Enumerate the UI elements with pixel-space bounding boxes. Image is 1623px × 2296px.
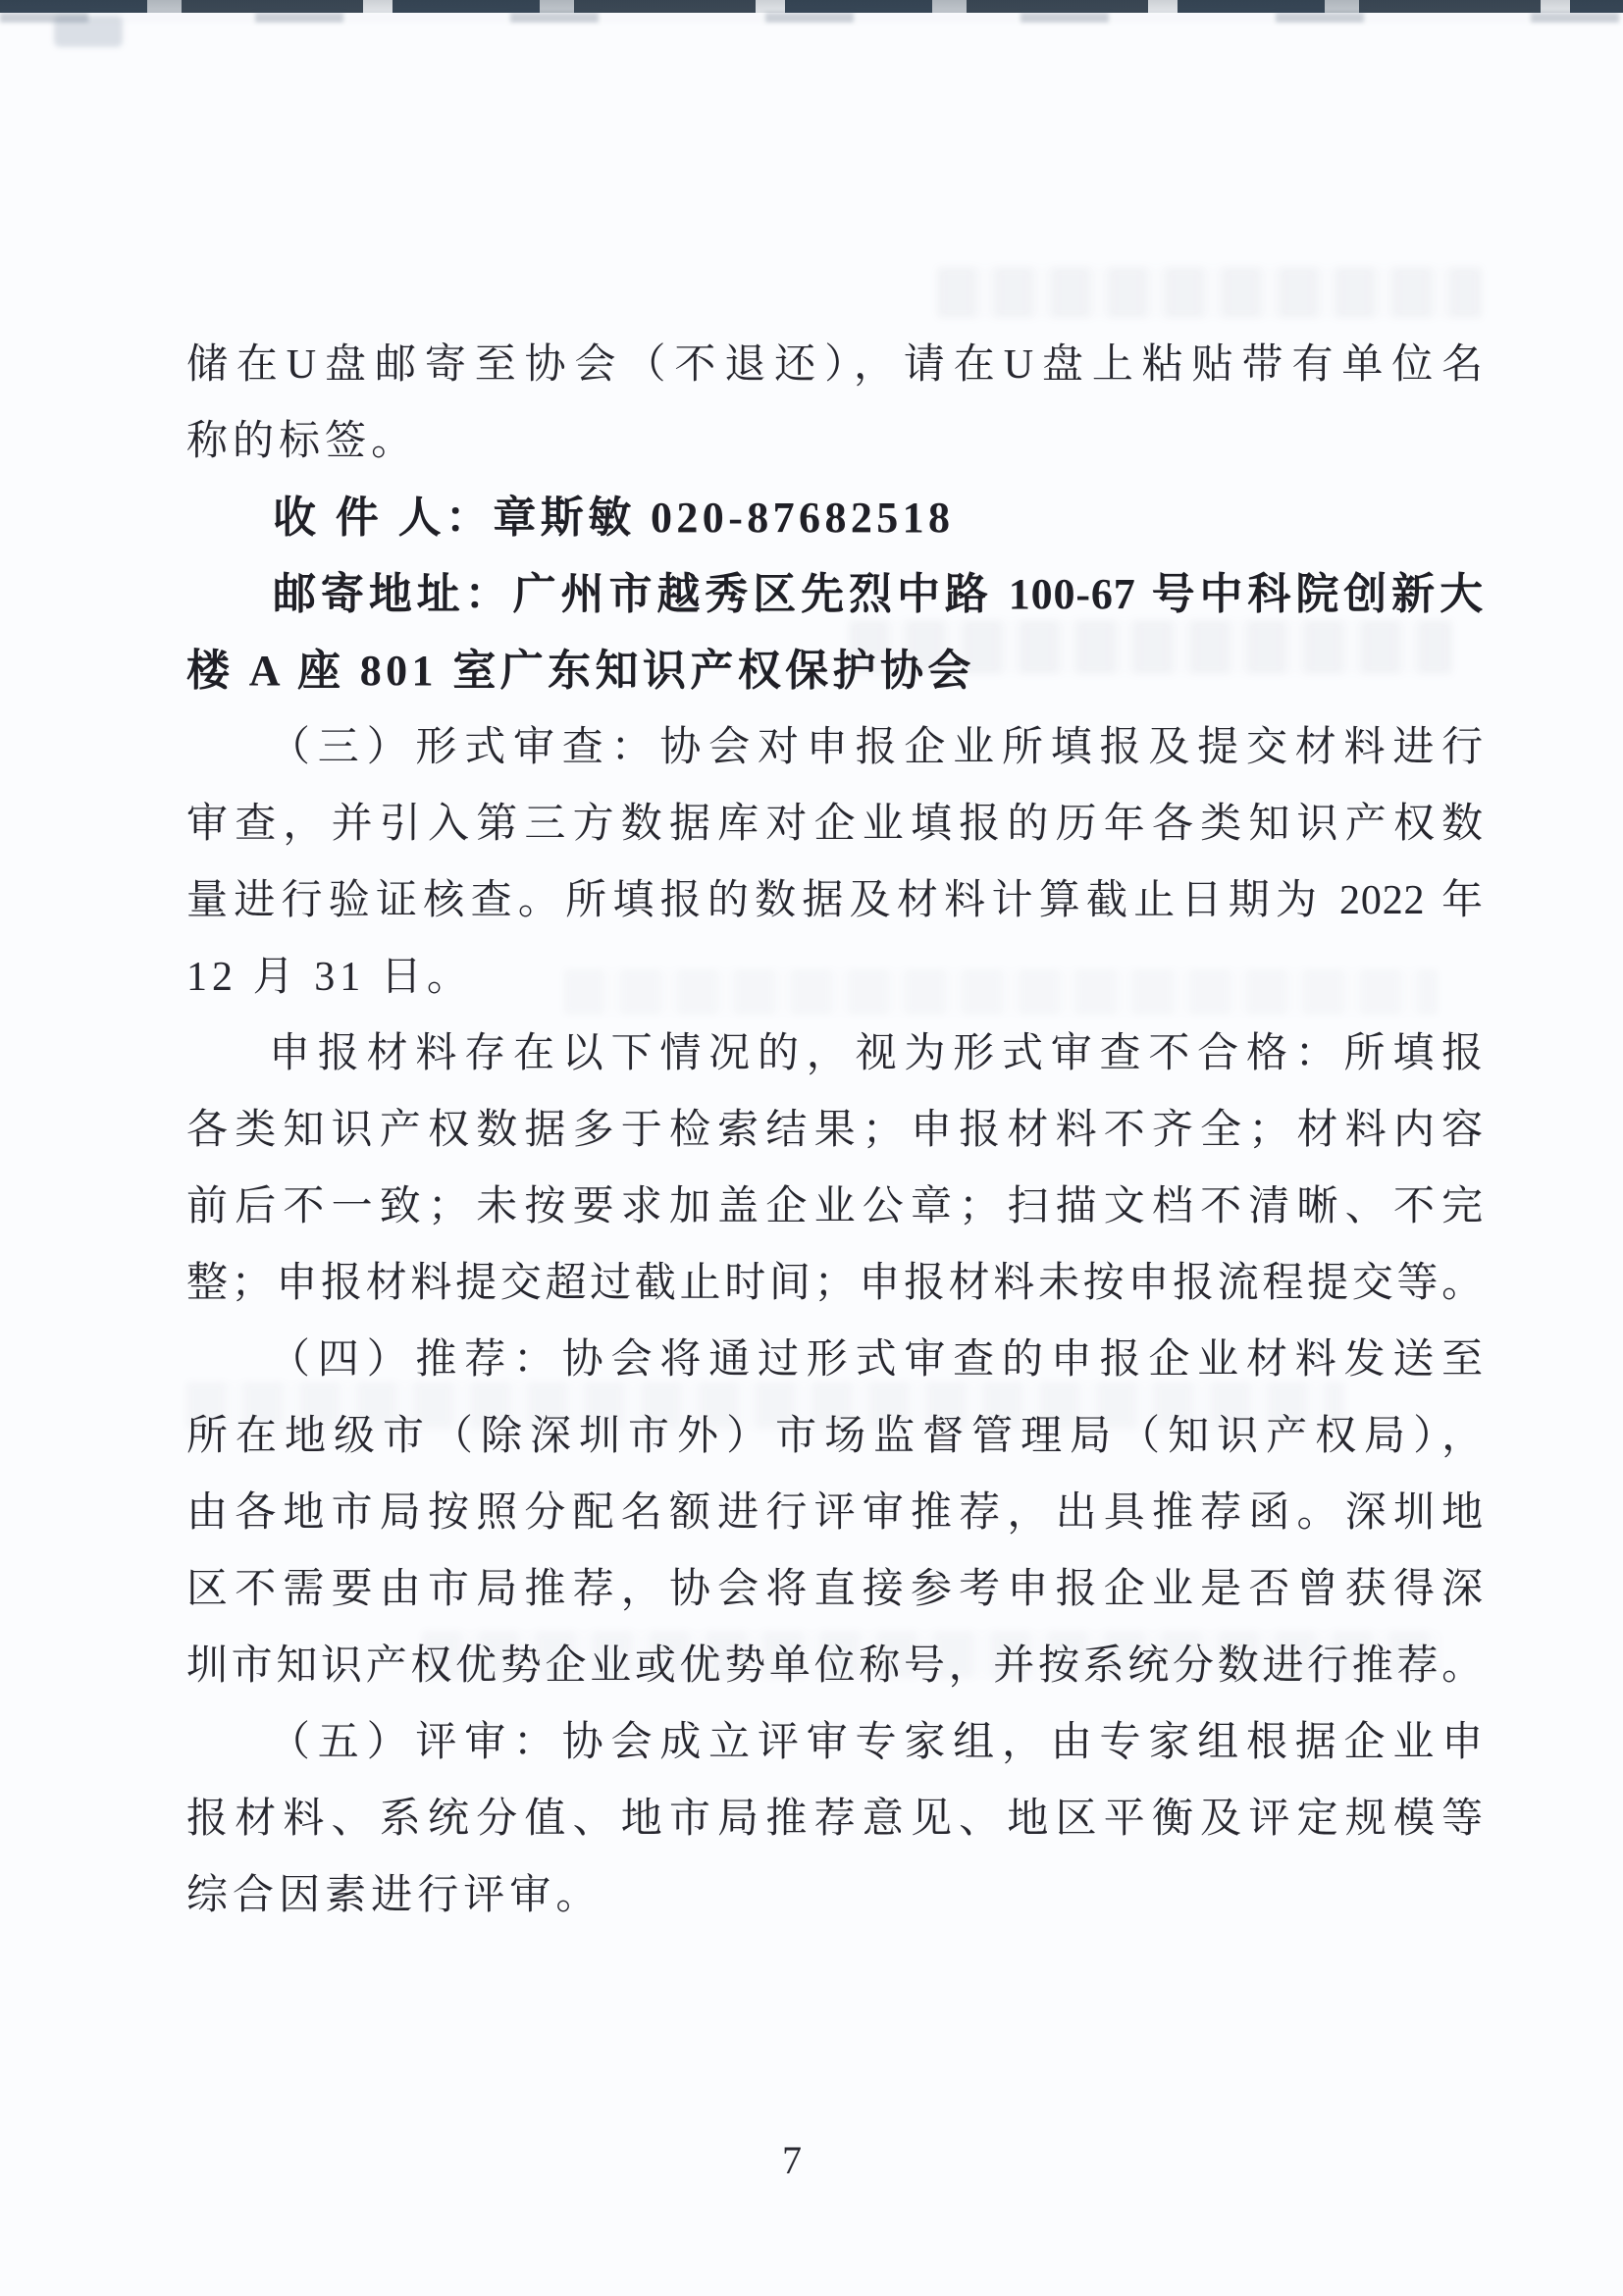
text-line: 邮寄地址：广州市越秀区先烈中路 100-67 号中科院创新大 — [186, 556, 1484, 633]
text-line: 审查，并引入第三方数据库对企业填报的历年各类知识产权数 — [186, 786, 1484, 862]
text-line: （五）评审：协会成立评审专家组，由专家组根据企业申 — [186, 1704, 1484, 1781]
text-line: 申报材料存在以下情况的，视为形式审查不合格：所填报 — [186, 1016, 1484, 1092]
text-line: 报材料、系统分值、地市局推荐意见、地区平衡及评定规模等 — [186, 1781, 1484, 1857]
page-number: 7 — [0, 2137, 1584, 2183]
text-line: （三）形式审查：协会对申报企业所填报及提交材料进行 — [186, 709, 1484, 786]
text-line: 量进行验证核查。所填报的数据及材料计算截止日期为 2022 年 — [186, 862, 1484, 939]
text-line: 各类知识产权数据多于检索结果；申报材料不齐全；材料内容 — [186, 1092, 1484, 1169]
text-line: 收 件 人：章斯敏 020-87682518 — [186, 480, 1484, 556]
text-line: 整；申报材料提交超过截止时间；申报材料未按申报流程提交等。 — [186, 1245, 1484, 1322]
text-line: 储在U盘邮寄至协会（不退还），请在U盘上粘贴带有单位名 — [186, 327, 1484, 403]
text-line: 12 月 31 日。 — [186, 939, 1484, 1016]
document-page: 储在U盘邮寄至协会（不退还），请在U盘上粘贴带有单位名称的标签。收 件 人：章斯… — [0, 0, 1623, 2296]
text-line: 所在地级市（除深圳市外）市场监督管理局（知识产权局）， — [186, 1398, 1484, 1475]
text-line: 由各地市局按照分配名额进行评审推荐，出具推荐函。深圳地 — [186, 1475, 1484, 1551]
document-body: 储在U盘邮寄至协会（不退还），请在U盘上粘贴带有单位名称的标签。收 件 人：章斯… — [186, 327, 1484, 1934]
text-line: 圳市知识产权优势企业或优势单位称号，并按系统分数进行推荐。 — [186, 1628, 1484, 1704]
text-line: 综合因素进行评审。 — [186, 1857, 1484, 1934]
text-line: 楼 A 座 801 室广东知识产权保护协会 — [186, 633, 1484, 709]
text-line: （四）推荐：协会将通过形式审查的申报企业材料发送至 — [186, 1322, 1484, 1398]
bleed-through-artifact — [937, 267, 1482, 318]
text-line: 前后不一致；未按要求加盖企业公章；扫描文档不清晰、不完 — [186, 1169, 1484, 1245]
text-line: 区不需要由市局推荐，协会将直接参考申报企业是否曾获得深 — [186, 1551, 1484, 1628]
text-line: 称的标签。 — [186, 403, 1484, 480]
scan-artifact-top — [0, 0, 1623, 13]
